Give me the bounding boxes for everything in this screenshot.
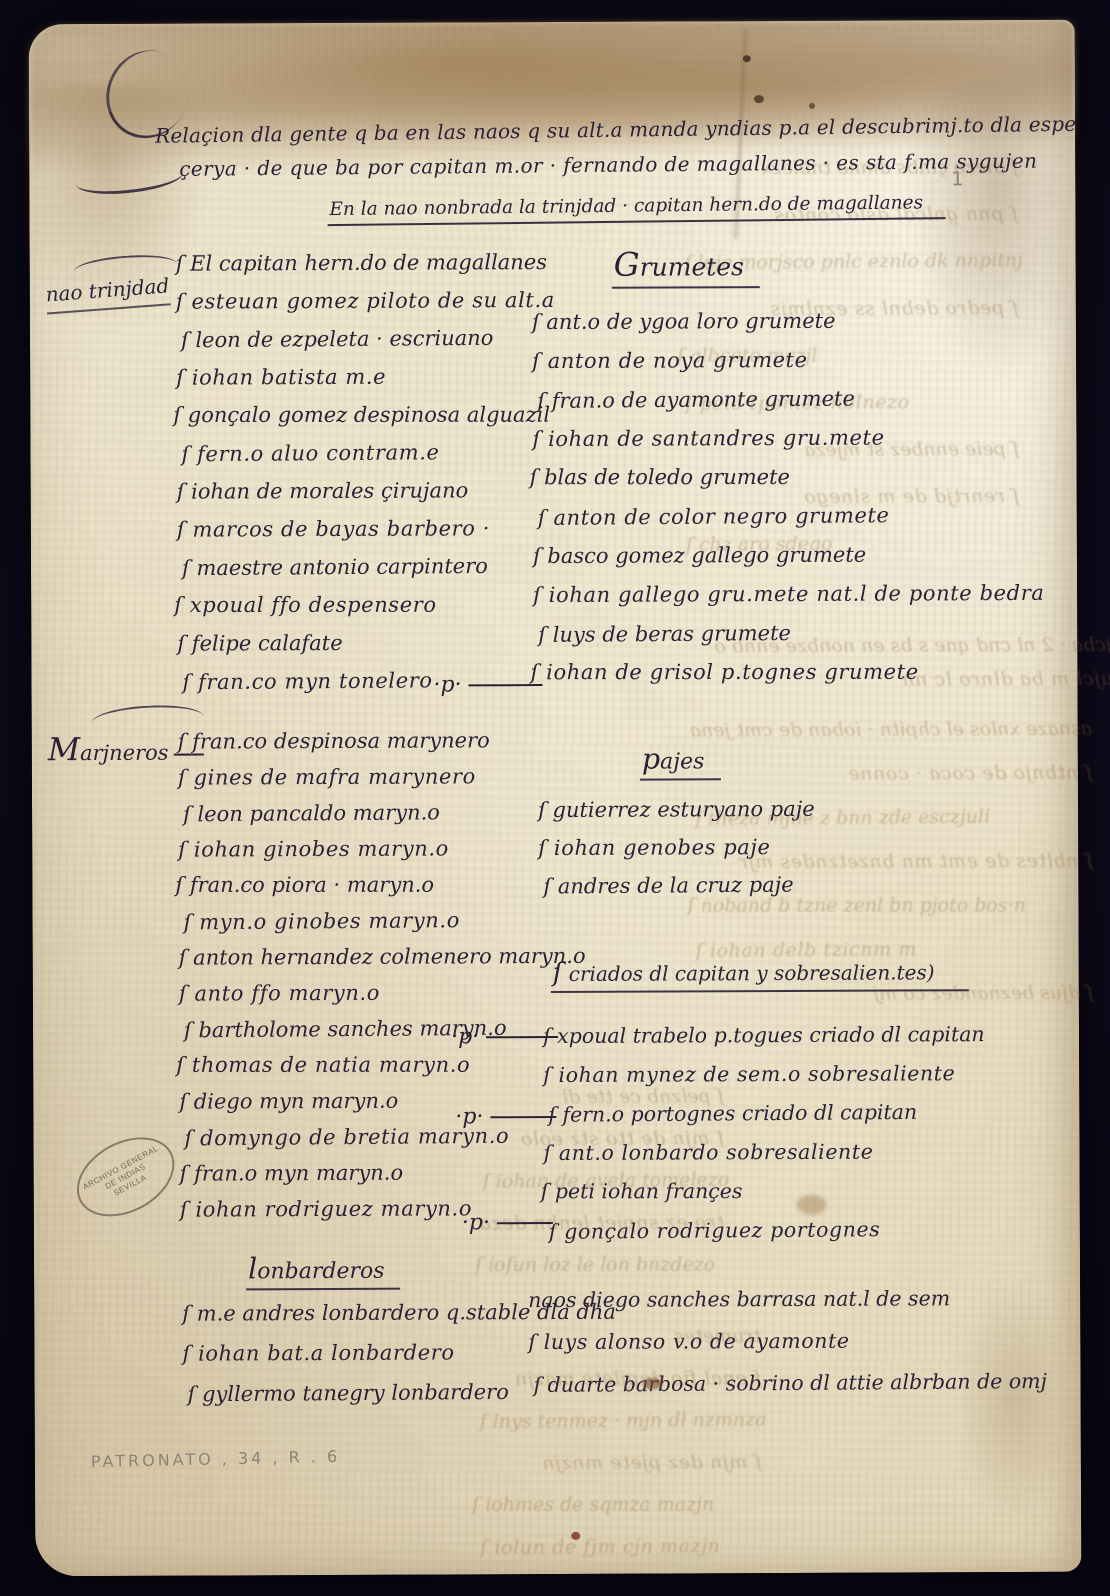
crew-entry: ſ basco gomez gallego grumete (533, 544, 1044, 585)
section-heading-lombarderos: lonbarderos (246, 1251, 401, 1291)
crew-entry: ſ luys de beras grumete (538, 621, 1050, 664)
ink-blot (809, 103, 815, 109)
crew-entry: ſ leon de ezpeleta · escriuano (181, 327, 560, 368)
section-heading-criados: ſ criados dl capitan y sobresalien.tes) (551, 956, 969, 993)
crew-entry: ſ maestre antonio carpintero (182, 555, 561, 596)
crew-entry: ſ iohan de grisol p.tognes grumete (530, 662, 1041, 701)
crew-entry: ſ ant.o lonbardo sobresaliente (544, 1141, 986, 1182)
crew-entry: ſ luys alonso v.o de ayamonte (528, 1330, 1042, 1374)
viewer-backdrop: { "colors": { "ink": "#2b2034", "paper":… (0, 0, 1110, 1596)
crew-entry: ſ fran.co despinosa marynero (178, 730, 585, 768)
crew-entry: ſ anton hernandez colmenero maryn.o (179, 946, 586, 984)
payment-mark: ·p· (455, 1104, 556, 1129)
bleedthrough-line: ſ iolun de fjm cjn mazjn (480, 1537, 767, 1581)
crew-entry: ſ esteuan gomez piloto de su alt.a (176, 290, 555, 330)
crew-entry: ſ felipe calafate (177, 632, 556, 672)
crew-entry: ſ fern.o aluo contram.e (181, 441, 560, 482)
manuscript-page: ſ diezo çinbs dmno tnblezxſ pnn gnlcdl d… (29, 20, 1082, 1577)
crew-entry: naos diego sanches barrasa nat.l de sem (528, 1288, 1042, 1332)
pajes-list: ſ gutierrez esturyano pajeſ iohan genobe… (538, 799, 815, 914)
stain-spot (643, 1378, 663, 1390)
crew-entry: ſ iohan batista m.e (176, 366, 555, 406)
crew-entry: ſ iohan genobes paje (538, 837, 815, 876)
crew-entry: ſ myn.o ginobes maryn.o (183, 909, 590, 948)
crew-entry: ſ xpoual ffo despensero (174, 595, 553, 633)
crew-entry: ſ marcos de bayas barbero · (177, 518, 556, 558)
crew-entry: ſ iohan mynez de sem.o sobresaliente (543, 1063, 985, 1104)
marineros-list: ſ fran.co despinosa maryneroſ gines de m… (178, 730, 587, 1236)
crew-entry: ſ fran.co piora · maryn.o (175, 875, 582, 911)
bleedthrough-line: ſ mjn dez pjete mnzjn (475, 1453, 762, 1496)
crew-entry: ſ gonçalo gomez despinosa alguazil (173, 405, 552, 443)
bleedthrough-line: asnaze xnlos el chpitn · ioban de cmt je… (690, 720, 1093, 766)
crew-entry: ſ leon pancaldo maryn.o (183, 801, 590, 840)
crew-entry: ſ ant.o de ygoa loro grumete (532, 310, 1043, 351)
crew-entry: ſ peti iohan françes (541, 1181, 983, 1220)
crew-entry: ſ andres de la cruz paje (543, 874, 820, 914)
ink-blot (754, 95, 764, 103)
crew-entry: ſ duarte barbosa · sobrino dl attie albr… (533, 1371, 1047, 1417)
crew-entry: ſ iohan de santandres gru.mete (532, 427, 1043, 468)
crew-entry: ſ iohan gallego gru.mete nat.l de ponte … (533, 583, 1044, 624)
crew-entry: ſ thomas de natia maryn.o (176, 1055, 583, 1091)
payment-mark: ·p· (433, 672, 542, 697)
folio-number: 1 (951, 168, 963, 190)
ink-blot (743, 55, 751, 62)
crew-entry: ſ anto ffo maryn.o (179, 982, 586, 1020)
crew-entry: ſ fran.o myn maryn.o (180, 1162, 587, 1200)
crew-entry: ſ gutierrez esturyano paje (538, 799, 815, 838)
crew-entry: ſ iohan de morales çirujano (177, 480, 556, 520)
crew-entry: ſ gines de mafra marynero (178, 766, 585, 804)
crew-entry: ſ anton de color negro grumete (538, 504, 1050, 547)
crew-entry: ſ fran.o de ayamonte grumete (537, 387, 1049, 430)
payment-mark: ·p· (462, 1210, 553, 1235)
crew-entry: ſ El capitan hern.do de magallanes (176, 252, 555, 292)
criados-list: ſ xpoual trabelo p.togues criado dl capi… (543, 1024, 986, 1260)
crew-entry: ſ xpoual trabelo p.togues criado dl capi… (543, 1024, 985, 1065)
crew-entry: ſ domyngo de bretia maryn.o (184, 1125, 591, 1164)
payment-mark: ·p· (451, 1024, 558, 1049)
crew-entry: ſ fern.o portognes criado dl capitan (548, 1101, 990, 1143)
section-heading-pajes: pajes (640, 741, 721, 780)
crew-entry: ſ anton de noya grumete (532, 349, 1043, 390)
crew-entry: ſ iohan ginobes maryn.o (178, 838, 585, 876)
bleedthrough-line: ſ iohmes de sqmza mazjn (472, 1496, 759, 1538)
supernumeraries-list: naos diego sanches barrasa nat.l de semſ… (528, 1288, 1042, 1416)
officers-list: ſ El capitan hern.do de magallanesſ este… (176, 252, 557, 710)
wax-spot (571, 1532, 580, 1540)
section-heading-grumetes: Grumetes (612, 245, 760, 289)
crew-entry: ſ blas de toledo grumete (530, 467, 1041, 506)
crew-entry: ſ gonçalo rodriguez portognes (549, 1218, 991, 1260)
stain-spot (797, 1195, 827, 1215)
grumetes-list: ſ ant.o de ygoa loro grumeteſ anton de n… (532, 310, 1045, 702)
